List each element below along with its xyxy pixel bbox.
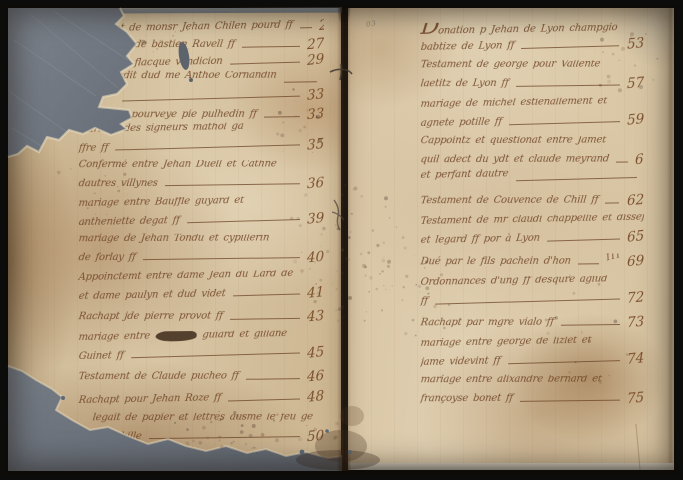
folio-number: 72 — [627, 290, 644, 307]
folio-number: 35 — [307, 136, 324, 153]
page-bottom-edge — [348, 463, 674, 470]
entry-line: ff72 — [420, 290, 644, 307]
folio-number: 33 — [307, 87, 324, 103]
register-entry: mariage de michel estienallement etagnet… — [420, 97, 644, 129]
folio-number: 75 — [627, 390, 644, 406]
leader-line — [228, 398, 300, 401]
pencil-annotation: 03 — [365, 19, 377, 28]
register-entry: ledit dud me Anthoe Cornandin — [114, 70, 324, 86]
folio-number: 43 — [307, 308, 324, 323]
entry-line: et legard ff por à Lyon65 — [420, 229, 644, 246]
register-entry: Rachapt par mgre vialo ff73 — [420, 313, 644, 329]
entry-line: mariage entre Claude guiard et gillane — [78, 329, 324, 346]
marginal-mark: III — [605, 252, 622, 263]
register-entry: Testament de Couvence de Chill ff62 — [420, 191, 644, 207]
entry-text: Testament de george pour Vallente — [420, 59, 601, 70]
entry-text: mariage des signeurs mathol ga — [78, 122, 244, 135]
leader-line — [115, 144, 299, 150]
register-entry: Appoinctemt entre dame Jean du Lard deet… — [78, 270, 324, 301]
leader-line — [605, 202, 619, 203]
leader-line — [131, 352, 300, 358]
folio-number: 59 — [627, 112, 644, 129]
entry-text: ledit dud me Anthoe Cornandin — [114, 70, 277, 81]
entry-text: de forlay ff — [78, 252, 136, 263]
leader-line — [264, 115, 300, 116]
folio-number: 57 — [627, 75, 644, 91]
register-entry: Cappointz et questionat entre Jametquil … — [420, 135, 644, 166]
entry-text: Rachapt jde pierre provot ff — [78, 311, 223, 323]
entry-text: mariage entre Claude guiard et gillane — [78, 329, 287, 342]
register-entry: lde flacque vendicion29 — [114, 52, 324, 68]
register-entry: Testament de mr claudi chappellie et dis… — [420, 214, 644, 246]
entry-line: babtize de Lyon ff53 — [420, 36, 644, 53]
entry-line: et de monsr Jehan Chilen pourd ff24. — [114, 17, 324, 33]
entry-text: ff — [420, 296, 428, 307]
entry-line: Testament de Couvence de Chill ff62 — [420, 191, 644, 207]
entry-text: et perfant dautre — [420, 168, 509, 181]
right-page-entries: Donation p Jehan de Lyon champgiobabtize… — [420, 22, 644, 413]
register-entry: Testament de Claude pucheo ff46 — [78, 367, 324, 383]
entry-text: mariage entre alixandre bernard et — [420, 374, 602, 385]
register-entry: legait de papier et lettres ausme le feu… — [92, 412, 324, 442]
folio-number: 62 — [627, 192, 644, 208]
folio-number: 46 — [307, 367, 324, 382]
entry-line: de cabille50 — [92, 426, 324, 442]
leader-line — [187, 219, 300, 223]
entry-text: de pourveye pie pulhedin ff — [114, 108, 257, 120]
entry-line: lde flacque vendicion29 — [114, 52, 324, 68]
manuscript-scan: et de monsr Jehan Chilen pourd ff24.me d… — [0, 0, 683, 480]
folio-number: 24. — [319, 17, 324, 33]
folio-number: 53 — [627, 36, 644, 53]
leader-line — [578, 263, 599, 264]
entry-text: Ordonnances d'ung ff desqure agiud — [420, 275, 608, 288]
entry-text: mariage de Jehan Tondu et cypillerin — [78, 233, 270, 244]
leader-line — [165, 183, 300, 186]
entry-text: me de bastien Ravell ff — [114, 38, 235, 50]
left-page-entries: et de monsr Jehan Chilen pourd ff24.me d… — [78, 18, 324, 450]
entry-line: me de bastien Ravell ff27 — [114, 35, 324, 51]
leader-line — [246, 377, 300, 379]
register-entry: et de monsr Jehan Chilen pourd ff24. — [114, 17, 324, 33]
folio-number: 48 — [307, 389, 324, 406]
entry-text: antheniette degat ff — [78, 215, 180, 227]
folio-number: 33 — [307, 105, 324, 120]
folio-number: 40 — [307, 248, 324, 263]
register-entry: Donation p Jehan de Lyon champgiobabtize… — [420, 21, 644, 53]
entry-line: mariage de Jehan Tondu et cypillerin — [78, 233, 324, 249]
leader-line — [122, 95, 300, 101]
register-entry: de pourveye pie pulhedin ff33 — [114, 105, 324, 121]
leader-line — [230, 61, 300, 64]
folio-number: 45 — [307, 344, 324, 361]
register-entry: me de bastien Ravell ff27 — [114, 35, 324, 51]
folio-number: 39 — [307, 210, 324, 227]
register-entry: 33 — [114, 87, 324, 103]
entry-text: de cabille — [92, 430, 142, 441]
entry-text: Appoinctemt entre dame Jean du Lard de — [78, 270, 294, 283]
entry-line: laetitz de Lyon ff57 — [420, 74, 644, 90]
entry-line: Confermé entre Jehan Duell et Cathne — [78, 159, 324, 175]
folio-number: 50 — [307, 427, 324, 442]
register-entry: mariage entre Bauffle guyard etantheniet… — [78, 196, 324, 227]
entry-line: Guinet ff45 — [78, 344, 324, 361]
entry-line: mariage entre alixandre bernard et — [420, 374, 644, 390]
register-entry: Rachapt jde pierre provot ff43 — [78, 307, 324, 323]
entry-text: laetitz de Lyon ff — [420, 78, 509, 89]
folio-number: 29 — [307, 52, 324, 68]
folio-number: 60 — [635, 151, 644, 167]
entry-text: Confermé entre Jehan Duell et Cathne — [78, 159, 277, 170]
entry-line: quil adect du ydt et claude meyrand60 — [420, 150, 644, 166]
entry-line: de forlay ff40 — [78, 248, 324, 264]
entry-line: agnete potille ff59 — [420, 112, 644, 129]
entry-text: quil adect du ydt et claude meyrand — [420, 154, 610, 166]
entry-text: françoyse bonet ff — [420, 393, 514, 404]
ink-blot: Claude — [155, 329, 197, 341]
entry-line: et perfant dautre — [420, 168, 644, 185]
folio-number: 27 — [307, 35, 324, 50]
entry-line: Testament de Claude pucheo ff46 — [78, 367, 324, 383]
entry-line: 33 — [114, 87, 324, 103]
register-entry: mariage de Jehan Tondu et cypillerinde f… — [78, 233, 324, 264]
leader-line — [242, 45, 300, 47]
entry-line: legait de papier et lettres ausme le feu… — [92, 412, 324, 428]
entry-line: dautres villynes36 — [78, 174, 324, 190]
register-entry: et perfant dautre — [420, 168, 644, 185]
entry-text: Testament de Claude pucheo ff — [78, 370, 239, 382]
entry-text: mariage entre george de lizlet et — [420, 336, 592, 349]
folio-number: 36 — [307, 174, 324, 189]
entry-text: babtize de Lyon ff — [420, 40, 515, 53]
entry-line: de pourveye pie pulhedin ff33 — [114, 105, 324, 121]
leader-line — [522, 45, 620, 49]
entry-text: jame videvint ff — [420, 355, 501, 368]
leader-line — [509, 121, 620, 125]
entry-text: legait de papier et lettres ausme le feu… — [92, 412, 313, 423]
entry-text: Donation p Jehan de Lyon champgio — [420, 21, 618, 37]
entry-line: Testament de george pour Vallente — [420, 59, 644, 75]
entry-text: Rachapt pour Jehan Roze ff — [78, 392, 222, 405]
leader-line — [149, 436, 300, 439]
leader-line — [516, 85, 620, 87]
leader-line — [616, 161, 628, 162]
entry-text: Testament de mr claudi chappellie et dis… — [420, 214, 644, 227]
backing-strip-top — [100, 8, 342, 14]
entry-line: antheniette degat ff39 — [78, 210, 324, 227]
leader-line — [284, 80, 317, 81]
entry-text: Testament de Couvence de Chill ff — [420, 195, 599, 207]
leader-line — [520, 400, 620, 402]
register-entry: Testament de george pour Vallentelaetitz… — [420, 59, 644, 90]
entry-text: Cappointz et questionat entre Jamet — [420, 135, 607, 146]
entry-text: agnete potille ff — [420, 116, 502, 129]
register-entry: Rachapt pour Jehan Roze ff48 — [78, 389, 324, 406]
entry-line: françoyse bonet ff75 — [420, 389, 644, 405]
entry-text: Rachapt par mgre vialo ff — [420, 317, 554, 329]
entry-line: Rachapt par mgre vialo ff73 — [420, 313, 644, 329]
entry-line: Rachapt pour Jehan Roze ff48 — [78, 389, 324, 406]
entry-text: et dame paulyn et dud videt — [78, 288, 226, 301]
register-entry: Dué par le fils pachein d'honIII69 — [420, 252, 644, 268]
folio-number: 74 — [627, 351, 644, 368]
folio-number: 41 — [307, 284, 324, 301]
leader-line — [508, 360, 620, 364]
entry-text: mariage de michel estienallement et — [420, 97, 608, 110]
folio-number: 73 — [627, 314, 644, 330]
register-entry: mariage entre alixandre bernard etfranço… — [420, 374, 644, 405]
leader-line — [547, 239, 620, 242]
entry-text: dautres villynes — [78, 177, 158, 188]
entry-text: et de monsr Jehan Chilen pourd ff — [114, 19, 293, 33]
entry-text: Guinet ff — [78, 349, 124, 360]
entry-line: jame videvint ff74 — [420, 351, 644, 368]
folio-number: 65 — [627, 229, 644, 246]
leader-line — [516, 177, 637, 181]
register-entry: Confermé entre Jehan Duell et Cathnedaut… — [78, 159, 324, 190]
folio-number: 69 — [627, 253, 644, 269]
entry-text: ffre ff — [78, 142, 108, 153]
entry-line: Dué par le fils pachein d'honIII69 — [420, 252, 644, 268]
entry-text: mariage entre Bauffle guyard et — [78, 196, 244, 209]
entry-line: ledit dud me Anthoe Cornandin — [114, 70, 324, 86]
register-entry: mariage entre Claude guiard et gillaneGu… — [78, 329, 324, 360]
leader-line — [435, 298, 620, 304]
entry-line: et dame paulyn et dud videt41 — [78, 284, 324, 301]
register-entry: mariage des signeurs mathol gaffre ff35 — [78, 122, 324, 153]
entry-text: Dué par le fils pachein d'hon — [420, 256, 571, 268]
entry-line: ffre ff35 — [78, 136, 324, 153]
entry-line: Rachapt jde pierre provot ff43 — [78, 307, 324, 323]
leader-line — [143, 257, 300, 260]
leader-line — [561, 324, 620, 326]
entry-line: Cappointz et questionat entre Jamet — [420, 135, 644, 151]
leader-line — [230, 317, 300, 319]
leader-line — [233, 293, 300, 296]
leader-line — [300, 27, 312, 28]
entry-text: et legard ff por à Lyon — [420, 233, 540, 246]
entry-text: lde flacque vendicion — [114, 56, 223, 69]
register-entry: Ordonnances d'ung ff desqure agiudff72 — [420, 275, 644, 307]
register-entry: mariage entre george de lizlet etjame vi… — [420, 336, 644, 368]
